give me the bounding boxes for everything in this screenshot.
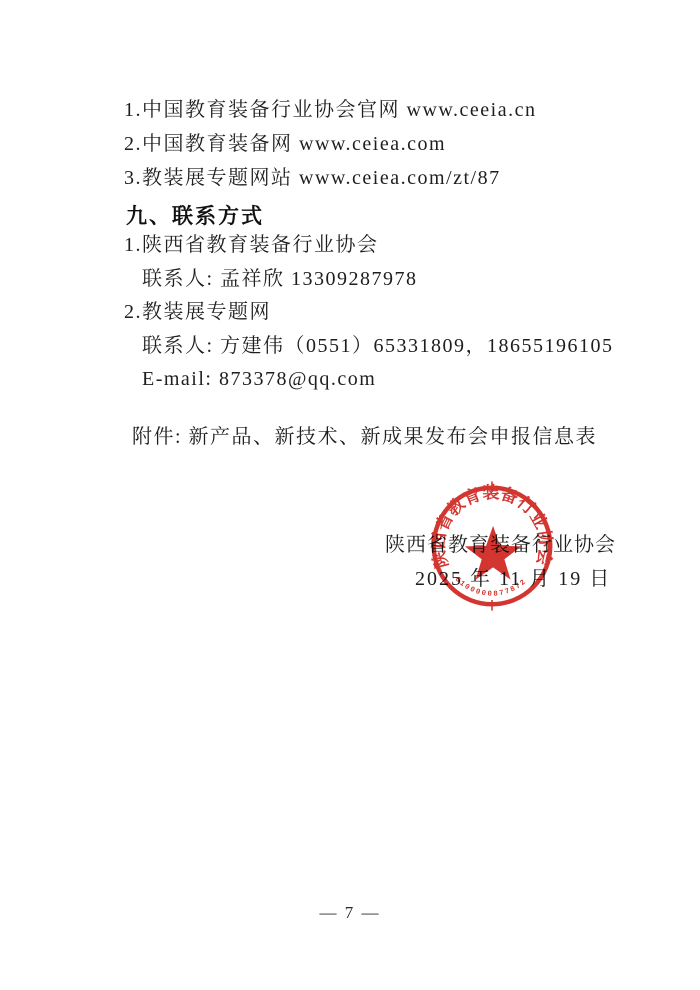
website-item-2: 2.中国教育装备网 www.ceiea.com [124,132,446,156]
website-item-3: 3.教装展专题网站 www.ceiea.com/zt/87 [124,166,501,190]
page-number: — 7 — [0,903,700,923]
attachment-line: 附件: 新产品、新技术、新成果发布会申报信息表 [132,425,597,449]
document-page: { "colors": { "seal_red": "#cf241e", "te… [0,0,700,990]
contact2-email: E-mail: 873378@qq.com [142,367,376,391]
seal-arc-textpath: 陕西省教育装备行业协会 [428,482,556,570]
seal-arc-label: 陕西省教育装备行业协会 [428,482,556,570]
contact1-person: 联系人: 孟祥欣 13309287978 [142,267,418,291]
website-item-1: 1.中国教育装备行业协会官网 www.ceeia.cn [124,98,536,122]
contact2-title: 2.教装展专题网 [124,300,271,324]
signature-org: 陕西省教育装备行业协会 [385,528,616,557]
signature-date: 2025 年 11 月 19 日 [415,562,611,591]
contact2-person: 联系人: 方建伟（0551）65331809，18655196105 [142,334,614,358]
contact1-title: 1.陕西省教育装备行业协会 [124,233,379,257]
section-heading: 九、联系方式 [126,200,264,230]
